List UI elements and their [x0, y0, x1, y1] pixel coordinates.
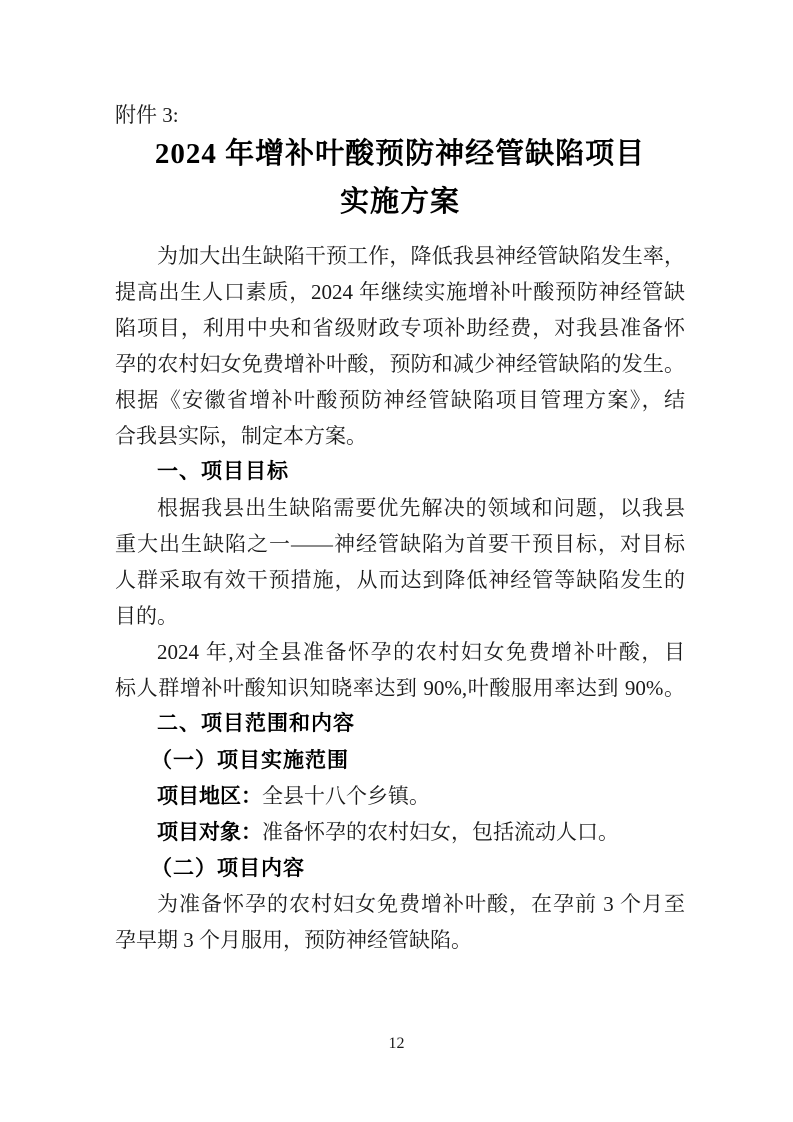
section-heading-1: 一、项目目标 — [115, 454, 685, 490]
document-title-line-1: 2024 年增补叶酸预防神经管缺陷项目 — [115, 130, 685, 178]
attachment-label: 附件 3: — [115, 100, 685, 130]
paragraph-line: 孕的农村妇女免费增补叶酸，预防和减少神经管缺陷的发生。 — [115, 346, 685, 382]
paragraph-line: 提高出生人口素质，2024 年继续实施增补叶酸预防神经管缺 — [115, 274, 685, 310]
subsection-heading-2: （二）项目内容 — [115, 850, 685, 886]
paragraph-line: 标人群增补叶酸知识知晓率达到 90%,叶酸服用率达到 90%。 — [115, 670, 685, 706]
paragraph-line: 目的。 — [115, 598, 685, 634]
subsection-heading-1: （一）项目实施范围 — [115, 742, 685, 778]
field-line-project-target: 项目对象：准备怀孕的农村妇女，包括流动人口。 — [115, 814, 685, 850]
document-body: 为加大出生缺陷干预工作，降低我县神经管缺陷发生率， 提高出生人口素质，2024 … — [115, 238, 685, 958]
field-value: 准备怀孕的农村妇女，包括流动人口。 — [262, 820, 619, 844]
paragraph-line: 人群采取有效干预措施，从而达到降低神经管等缺陷发生的 — [115, 562, 685, 598]
paragraph-line: 重大出生缺陷之一——神经管缺陷为首要干预目标，对目标 — [115, 526, 685, 562]
document-title-line-2: 实施方案 — [115, 178, 685, 226]
paragraph-line: 2024 年,对全县准备怀孕的农村妇女免费增补叶酸，目 — [115, 634, 685, 670]
paragraph-line: 陷项目，利用中央和省级财政专项补助经费，对我县准备怀 — [115, 310, 685, 346]
section-heading-2: 二、项目范围和内容 — [115, 706, 685, 742]
paragraph-line: 为准备怀孕的农村妇女免费增补叶酸，在孕前 3 个月至 — [115, 886, 685, 922]
field-label: 项目地区： — [157, 784, 262, 808]
field-label: 项目对象： — [157, 820, 262, 844]
paragraph-line: 孕早期 3 个月服用，预防神经管缺陷。 — [115, 922, 685, 958]
document-page: 附件 3: 2024 年增补叶酸预防神经管缺陷项目 实施方案 为加大出生缺陷干预… — [0, 0, 793, 1122]
paragraph-line: 根据《安徽省增补叶酸预防神经管缺陷项目管理方案》，结 — [115, 382, 685, 418]
paragraph-line: 合我县实际，制定本方案。 — [115, 418, 685, 454]
field-line-project-area: 项目地区：全县十八个乡镇。 — [115, 778, 685, 814]
page-number: 12 — [0, 1032, 793, 1056]
paragraph-line: 根据我县出生缺陷需要优先解决的领域和问题，以我县 — [115, 490, 685, 526]
paragraph-line: 为加大出生缺陷干预工作，降低我县神经管缺陷发生率， — [115, 238, 685, 274]
document-content: 附件 3: 2024 年增补叶酸预防神经管缺陷项目 实施方案 为加大出生缺陷干预… — [115, 100, 685, 958]
field-value: 全县十八个乡镇。 — [262, 784, 430, 808]
